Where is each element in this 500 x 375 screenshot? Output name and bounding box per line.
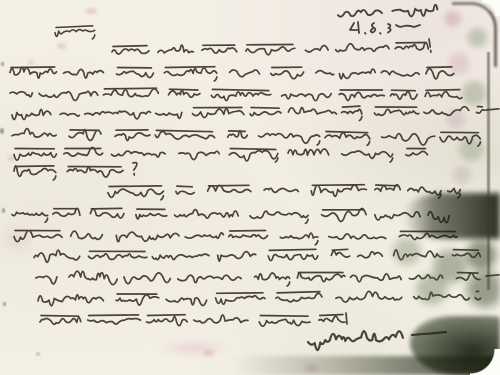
ink-line-salutation — [55, 26, 95, 39]
ink-line-para2-line5 — [36, 271, 499, 286]
ink-line-para2-line1 — [108, 185, 460, 200]
ink-line-para1-line4 — [12, 106, 499, 120]
ink-line-header-date — [350, 22, 420, 34]
ink-line-para1-line5 — [12, 129, 480, 146]
ink-line-para1-line1 — [112, 39, 431, 55]
ink-line-para1-line7 — [14, 163, 137, 180]
ink-line-para1-line2 — [10, 67, 454, 81]
ink-line-signature — [308, 331, 446, 350]
ink-line-para1-line3 — [10, 88, 462, 101]
ink-line-header-place — [338, 5, 437, 17]
handwriting-ink — [0, 0, 500, 375]
scan-area — [0, 0, 500, 375]
ink-line-para2-line7 — [40, 313, 347, 326]
ink-line-para2-line4 — [34, 249, 480, 262]
ink-line-para2-line2 — [12, 208, 449, 223]
ink-line-para2-line6 — [38, 291, 481, 305]
ink-line-para1-line6 — [14, 147, 427, 162]
ink-line-para2-line3 — [14, 231, 457, 245]
